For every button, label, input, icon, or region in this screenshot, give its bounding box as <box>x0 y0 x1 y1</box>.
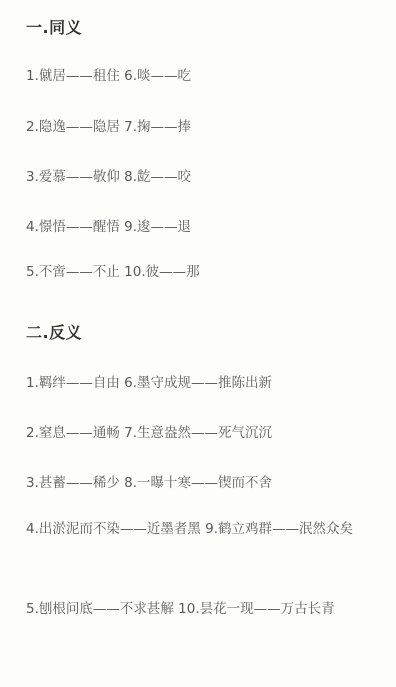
antonym-item-1: 1.羁绊——自由 6.墨守成规——推陈出新 <box>26 369 386 398</box>
section-title-synonyms: 一.同义 <box>26 18 82 38</box>
synonym-item-5: 5.不啻——不止 10.彼——那 <box>26 258 386 287</box>
section-title-antonyms: 二.反义 <box>26 323 82 343</box>
antonym-item-2: 2.窒息——通畅 7.生意盎然——死气沉沉 <box>26 419 386 448</box>
synonym-item-1: 1.僦居——租住 6.啖——吃 <box>26 62 386 91</box>
antonym-item-4: 4.出淤泥而不染——近墨者黑 9.鹤立鸡群——泯然众矣 <box>26 515 386 544</box>
antonym-item-3: 3.甚蓄——稀少 8.一曝十寒——锲而不舍 <box>26 469 386 498</box>
synonym-item-3: 3.爱慕——敬仰 8.龁——咬 <box>26 163 386 192</box>
document-page: 一.同义 1.僦居——租住 6.啖——吃 2.隐逸——隐居 7.掬——捧 3.爱… <box>0 0 396 687</box>
synonym-item-4: 4.憬悟——醒悟 9.逡——退 <box>26 213 386 242</box>
antonym-item-5: 5.刨根问底——不求甚解 10.昙花一现——万古长青 <box>26 595 386 624</box>
synonym-item-2: 2.隐逸——隐居 7.掬——捧 <box>26 113 386 142</box>
